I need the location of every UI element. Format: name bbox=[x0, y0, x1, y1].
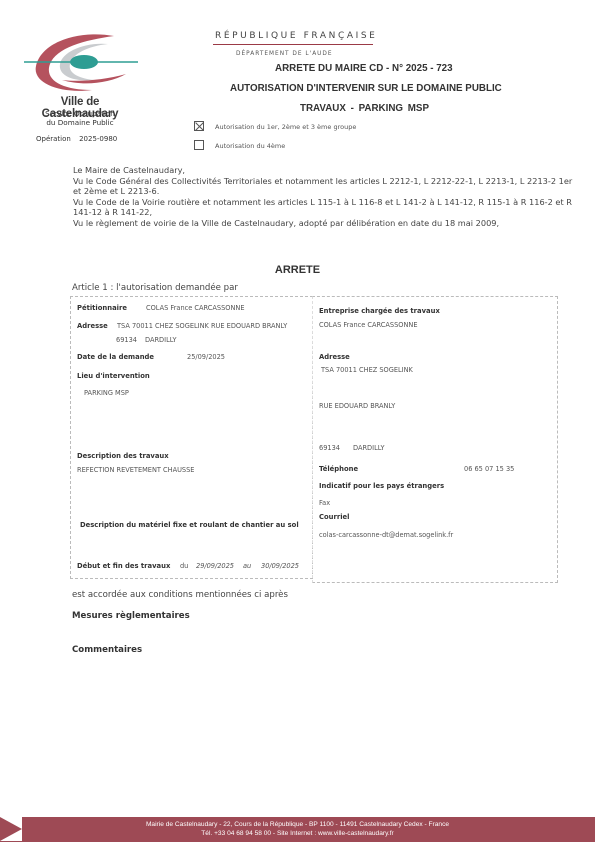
decree-subtitle: AUTORISATION D'INTERVENIR SUR LE DOMAINE… bbox=[230, 83, 502, 94]
republic-heading: RÉPUBLIQUE FRANÇAISE bbox=[215, 31, 377, 41]
location-value: PARKING MSP bbox=[84, 389, 129, 397]
international-code-label: Indicatif pour les pays étrangers bbox=[319, 482, 444, 490]
to-label: au bbox=[243, 562, 251, 570]
checkbox-group-4[interactable] bbox=[194, 140, 204, 150]
end-date: 30/09/2025 bbox=[261, 562, 299, 570]
location-label: Lieu d'intervention bbox=[77, 372, 150, 380]
email-value: colas-carcassonne-dt@demat.sogelink.fr bbox=[319, 531, 453, 539]
contractor-box bbox=[312, 296, 558, 583]
petitioner-box bbox=[70, 296, 313, 579]
contractor-value: COLAS France CARCASSONNE bbox=[319, 321, 418, 329]
start-date: 29/09/2025 bbox=[196, 562, 234, 570]
service-line-2: du Domaine Public bbox=[22, 118, 138, 127]
department-heading: DÉPARTEMENT DE L'AUDE bbox=[236, 51, 333, 57]
contractor-address-line-1: TSA 70011 CHEZ SOGELINK bbox=[321, 366, 413, 374]
contractor-address-label: Adresse bbox=[319, 353, 350, 361]
checkbox-group-1-3[interactable] bbox=[194, 121, 204, 131]
preamble-line: Vu le Code de la Voirie routière et nota… bbox=[73, 197, 573, 218]
contractor-address-line-2: RUE EDOUARD BRANLY bbox=[319, 402, 395, 410]
address-city: DARDILLY bbox=[145, 336, 177, 344]
preamble-line: Vu le Code Général des Collectivités Ter… bbox=[73, 176, 573, 197]
petitioner-label: Pétitionnaire bbox=[77, 304, 127, 312]
footer-address: Mairie de Castelnaudary - 22, Cours de l… bbox=[0, 821, 595, 828]
operation-value: 2025-0980 bbox=[79, 135, 117, 143]
works-dates-label: Début et fin des travaux bbox=[77, 562, 170, 570]
conditions-text: est accordée aux conditions mentionnées … bbox=[72, 590, 288, 600]
email-label: Courriel bbox=[319, 513, 349, 521]
operation-number: Opération 2025-0980 bbox=[36, 135, 117, 143]
request-date-value: 25/09/2025 bbox=[187, 353, 225, 361]
arrete-heading: ARRETE bbox=[0, 264, 595, 276]
address-postcode: 69134 bbox=[116, 336, 137, 344]
equipment-description-label: Description du matériel fixe et roulant … bbox=[80, 521, 299, 529]
divider bbox=[213, 44, 373, 45]
contractor-label: Entreprise chargée des travaux bbox=[319, 307, 440, 315]
regulatory-measures-heading: Mesures règlementaires bbox=[72, 611, 190, 621]
preamble: Le Maire de Castelnaudary, Vu le Code Gé… bbox=[73, 165, 573, 229]
works-description-label: Description des travaux bbox=[77, 452, 169, 460]
city-logo-icon bbox=[22, 32, 140, 94]
preamble-line: Vu le règlement de voirie de la Ville de… bbox=[73, 218, 573, 229]
preamble-line: Le Maire de Castelnaudary, bbox=[73, 165, 573, 176]
article-1: Article 1 : l'autorisation demandée par bbox=[72, 283, 238, 293]
checkbox-label: Autorisation du 4ème bbox=[215, 142, 285, 150]
phone-value: 06 65 07 15 35 bbox=[464, 465, 514, 473]
footer-contact: Tél. +33 04 68 94 58 00 - Site Internet … bbox=[0, 830, 595, 837]
checkbox-label: Autorisation du 1er, 2ème et 3 ème group… bbox=[215, 123, 356, 131]
phone-label: Téléphone bbox=[319, 465, 358, 473]
from-label: du bbox=[180, 562, 188, 570]
decree-object: TRAVAUX - PARKING MSP bbox=[300, 103, 429, 114]
service-name: Service Occupation du Domaine Public bbox=[22, 109, 138, 127]
address-line-1: TSA 70011 CHEZ SOGELINK RUE EDOUARD BRAN… bbox=[117, 322, 287, 330]
operation-label: Opération bbox=[36, 135, 71, 143]
decree-title: ARRETE DU MAIRE CD - N° 2025 - 723 bbox=[275, 63, 453, 74]
petitioner-value: COLAS France CARCASSONNE bbox=[146, 304, 245, 312]
address-label: Adresse bbox=[77, 322, 108, 330]
request-date-label: Date de la demande bbox=[77, 353, 154, 361]
comments-heading: Commentaires bbox=[72, 645, 142, 655]
fax-label: Fax bbox=[319, 499, 330, 507]
contractor-postcode: 69134 bbox=[319, 444, 340, 452]
service-line-1: Service Occupation bbox=[22, 109, 138, 118]
contractor-city: DARDILLY bbox=[353, 444, 385, 452]
works-description-value: REFECTION REVETEMENT CHAUSSE bbox=[77, 466, 194, 474]
